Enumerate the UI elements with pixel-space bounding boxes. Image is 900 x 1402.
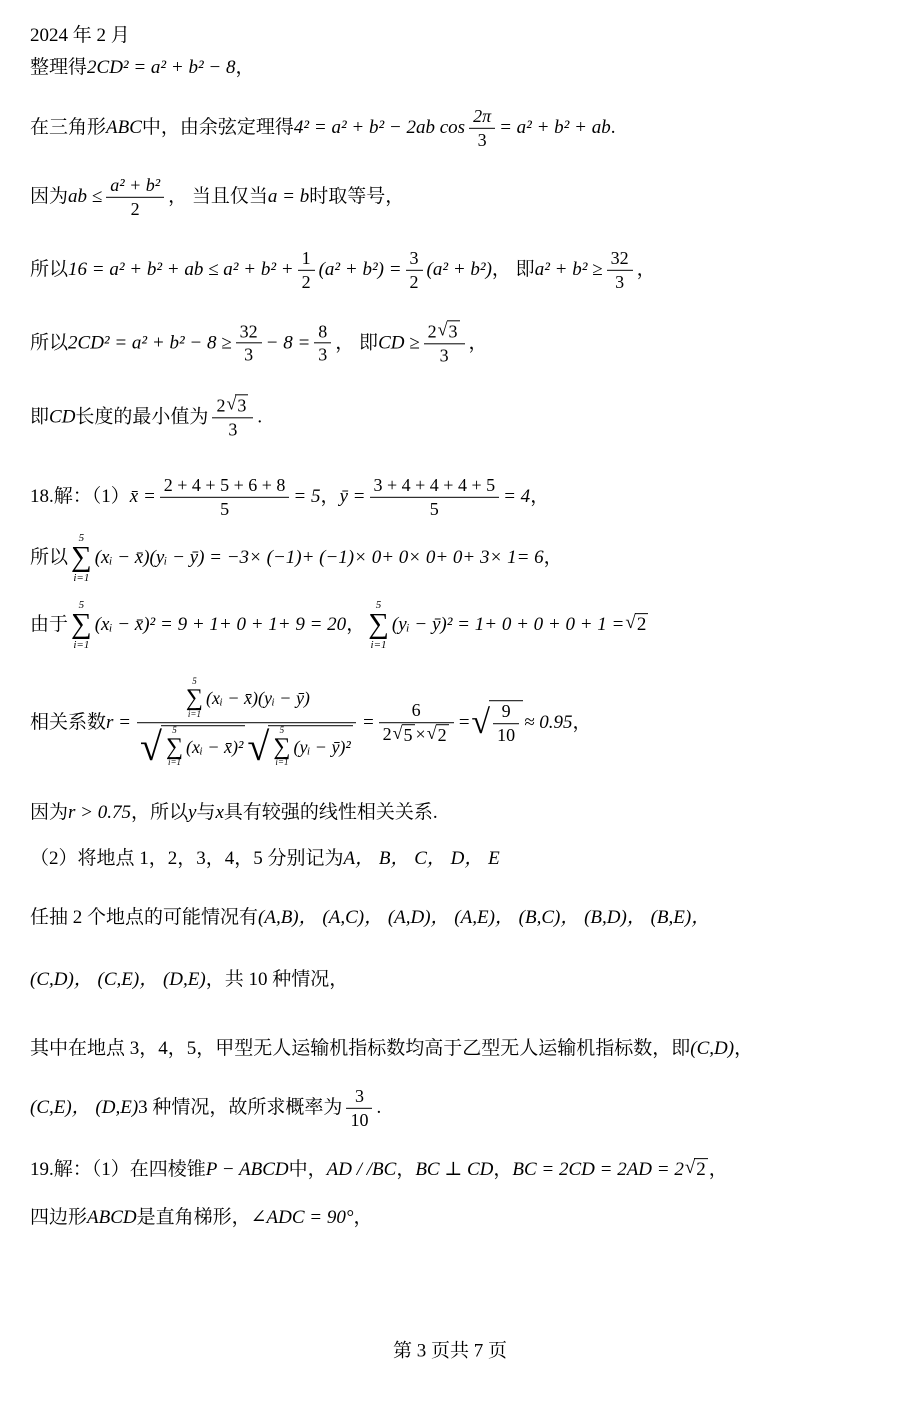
radical: √ 3 bbox=[438, 320, 460, 342]
fraction-32-3: 32 3 bbox=[607, 248, 633, 292]
line-18-conclusion: 因为 r > 0.75 ，所以 y 与 x 具有较强的线性相关关系. bbox=[30, 801, 438, 825]
line-sixteen-bound: 所以 16 = a² + b² + ab ≤ a² + b² + 1 2 (a²… bbox=[30, 248, 656, 292]
line-18-cases-2: (C,D)， (C,E)， (D,E) ，共 10 种情况， bbox=[30, 968, 348, 992]
radical: √ 2 bbox=[685, 1159, 708, 1182]
date-line: 2024 年 2 月 bbox=[30, 24, 130, 48]
fraction-1-2: 1 2 bbox=[298, 248, 315, 292]
line-cd-squared-bound: 所以 2CD² = a² + b² − 8 ≥ 32 3 − 8 = 8 3 ，… bbox=[30, 320, 488, 365]
radical-sign: √ bbox=[471, 700, 490, 745]
fraction-9-10: 9 10 bbox=[493, 701, 519, 745]
summation: 5 ∑ i=1 bbox=[71, 599, 92, 651]
fraction-3-10: 3 10 bbox=[346, 1086, 372, 1130]
radical: √ 5 bbox=[393, 724, 415, 746]
radical: √ 3 bbox=[226, 394, 248, 416]
line-18-part2-labels: （2）将地点 1，2，3，4，5 分别记为 A， B， C， D， E bbox=[30, 847, 500, 871]
fraction-32-3: 32 3 bbox=[236, 321, 262, 365]
summation: 5 ∑ i=1 bbox=[273, 726, 290, 769]
fraction-2root3-3: 2 √ 3 3 bbox=[424, 320, 465, 365]
fraction-ybar: 3 + 4 + 4 + 4 + 5 5 bbox=[370, 475, 500, 519]
line-cd-minimum: 即 CD 长度的最小值为 2 √ 3 3 . bbox=[30, 394, 262, 439]
radical-9-10: √ 9 10 bbox=[471, 700, 523, 745]
sigma-symbol: ∑ bbox=[186, 687, 203, 710]
fraction-xbar: 2 + 4 + 5 + 6 + 8 5 bbox=[160, 475, 290, 519]
line-18-covariance-sum: 所以 5 ∑ i=1 (xᵢ − x̄)(yᵢ − ȳ) = −3× (−1)+… bbox=[30, 532, 563, 584]
line-19-setup: 19.解：（1）在四棱锥 P − ABCD 中， AD / /BC ， BC ⊥… bbox=[30, 1158, 728, 1182]
sigma-symbol: ∑ bbox=[71, 544, 92, 572]
fraction-a2b2-2: a² + b² 2 bbox=[106, 175, 164, 219]
sigma-symbol: ∑ bbox=[166, 736, 183, 759]
sigma-symbol: ∑ bbox=[273, 736, 290, 759]
line-18-means: 18.解：（1） x̄ = 2 + 4 + 5 + 6 + 8 5 = 5 ， … bbox=[30, 475, 549, 519]
sigma-symbol: ∑ bbox=[368, 611, 389, 639]
page-footer: 第 3 页共 7 页 bbox=[0, 1336, 900, 1363]
page-number-text: 第 3 页共 7 页 bbox=[393, 1341, 507, 1362]
line-18-condition: 其中在地点 3，4，5，甲型无人运输机指标数均高于乙型无人运输机指标数，即 (C… bbox=[30, 1037, 753, 1061]
radical: √ 2 bbox=[427, 724, 449, 746]
date-text: 2024 年 2 月 bbox=[30, 24, 130, 48]
fraction-2root3-3: 2 √ 3 3 bbox=[212, 394, 253, 439]
line-rearranged-eq: 整理得 2CD² = a² + b² − 8 ， bbox=[30, 56, 254, 80]
radical: √ 5 ∑ i=1 (xᵢ − x̄)² bbox=[140, 725, 245, 769]
radical: √ 2 bbox=[625, 614, 648, 637]
line-18-probability: (C,E)， (D,E) 3 种情况，故所求概率为 3 10 . bbox=[30, 1086, 381, 1130]
summation: 5 ∑ i=1 bbox=[186, 677, 203, 720]
line-law-of-cosines: 在三角形 ABC 中，由余弦定理得 4² = a² + b² − 2ab cos… bbox=[30, 106, 615, 150]
fraction-6-2root5root2: 6 2 √ 5 × √ 2 bbox=[379, 700, 454, 745]
line-18-squared-sums: 由于 5 ∑ i=1 (xᵢ − x̄)² = 9 + 1+ 0 + 1+ 9 … bbox=[30, 599, 649, 651]
summation: 5 ∑ i=1 bbox=[368, 599, 389, 651]
fraction-8-3: 8 3 bbox=[314, 321, 331, 365]
correlation-fraction: 5 ∑ i=1 (xᵢ − x̄)(yᵢ − ȳ) √ 5 ∑ i=1 (xᵢ bbox=[137, 677, 356, 769]
line-18-cases-1: 任抽 2 个地点的可能情况有 (A,B)， (A,C)， (A,D)， (A,E… bbox=[30, 906, 710, 930]
line-amgm: 因为 ab ≤ a² + b² 2 ， 当且仅当 a = b 时取等号， bbox=[30, 175, 404, 219]
radical: √ 5 ∑ i=1 (yᵢ − ȳ)² bbox=[247, 725, 352, 769]
sigma-symbol: ∑ bbox=[71, 611, 92, 639]
fraction-2pi-3: 2π 3 bbox=[469, 106, 495, 150]
document-page: 2024 年 2 月 整理得 2CD² = a² + b² − 8 ， 在三角形… bbox=[0, 0, 900, 1402]
line-19-trapezoid: 四边形 ABCD 是直角梯形， ∠ADC = 90° ， bbox=[30, 1206, 373, 1230]
radical-sign: √ bbox=[247, 725, 269, 769]
summation: 5 ∑ i=1 bbox=[71, 532, 92, 584]
fraction-3-2: 3 2 bbox=[406, 248, 423, 292]
radical-sign: √ bbox=[140, 725, 162, 769]
summation: 5 ∑ i=1 bbox=[166, 726, 183, 769]
line-18-correlation: 相关系数 r = 5 ∑ i=1 (xᵢ − x̄)(yᵢ − ȳ) √ 5 ∑ bbox=[30, 677, 592, 769]
